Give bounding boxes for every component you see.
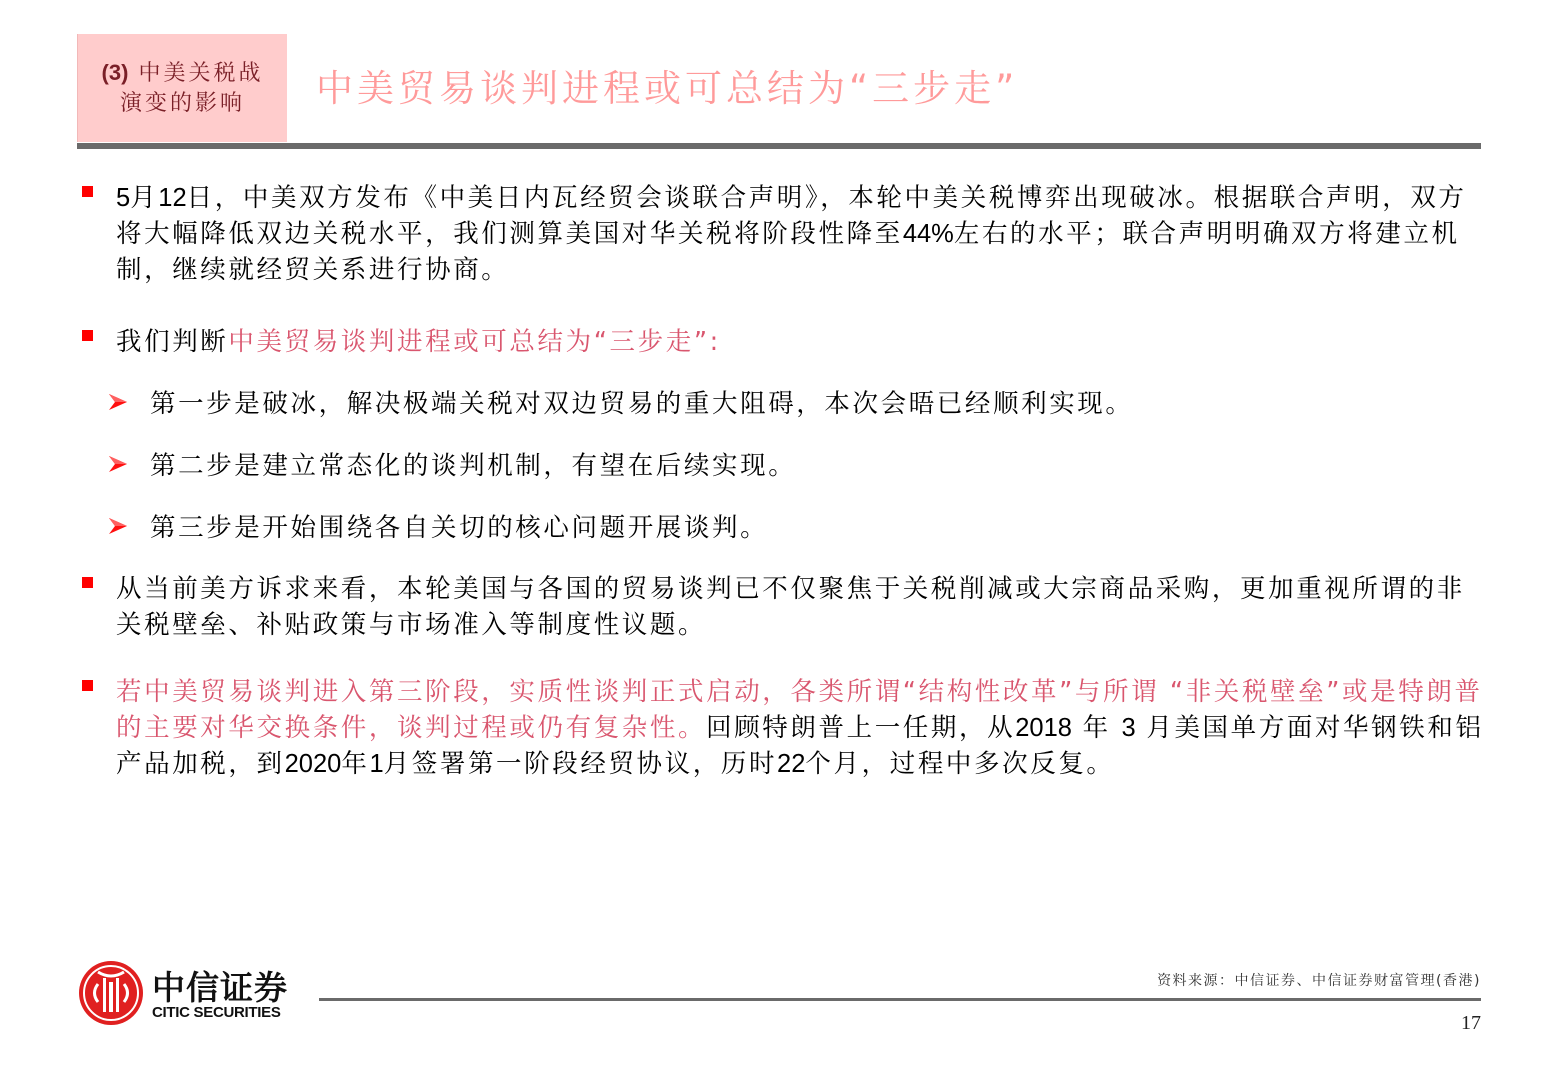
paragraph-text: 1 [369,750,383,778]
section-label-line1: 中美关税战 [138,61,263,86]
paragraph-text: 月签署第一阶段经贸协议，历时 [384,749,777,779]
paragraph-text: 5 [116,184,130,212]
arrow-bullet-icon [108,393,128,411]
square-bullet-icon [82,680,93,691]
step-item-3: 第三步是开始围绕各自关切的核心问题开展谈判。 [150,510,1480,546]
paragraph-text: 2018 [1015,714,1072,742]
paragraph-text: 2020 [285,750,342,778]
logo-english-name: CITIC SECURITIES [152,1004,281,1021]
section-number: (3) [102,60,129,85]
page-title: 中美贸易谈判进程或可总结为“三步走” [316,64,1018,114]
citic-emblem-icon [78,960,144,1026]
paragraph-text: 从当前美方诉求来看，本轮美国与各国的贸易谈判已不仅聚焦于关税削减或大宗商品采购，… [116,574,1465,640]
bullet-paragraph-1: 5月12日，中美双方发布《中美日内瓦经贸会谈联合声明》，本轮中美关税博弈出现破冰… [116,180,1486,288]
bullet-paragraph-4: 若中美贸易谈判进入第三阶段，实质性谈判正式启动，各类所谓“结构性改革”与所谓 “… [116,674,1486,782]
paragraph-text: 个月，过程中多次反复。 [805,749,1114,779]
highlight-text: 中美贸易谈判进程或可总结为“三步走”: [228,327,720,357]
section-label-line2: 演变的影响 [120,89,245,119]
source-note: 资料来源：中信证券、中信证券财富管理(香港) [1157,970,1481,990]
arrow-bullet-icon [108,517,128,535]
paragraph-text: 月 [130,183,158,213]
paragraph-text: 3 [1121,714,1135,742]
logo-chinese-name: 中信证券 [152,962,288,1009]
paragraph-text: 回顾特朗普上一任期，从 [706,713,1015,743]
square-bullet-icon [82,186,93,197]
paragraph-text: 12 [158,184,186,212]
arrow-bullet-icon [108,455,128,473]
header-divider [77,143,1481,149]
square-bullet-icon [82,330,93,341]
bullet-paragraph-2: 我们判断中美贸易谈判进程或可总结为“三步走”: [116,324,1486,360]
paragraph-text: 年 [341,749,369,779]
footer-divider [319,998,1481,1001]
paragraph-text: 44% [903,220,954,248]
citic-logo: 中信证券 CITIC SECURITIES [78,958,318,1028]
step-item-2: 第二步是建立常态化的谈判机制，有望在后续实现。 [150,448,1480,484]
paragraph-text: 22 [777,750,805,778]
bullet-paragraph-3: 从当前美方诉求来看，本轮美国与各国的贸易谈判已不仅聚焦于关税削减或大宗商品采购，… [116,571,1486,643]
paragraph-text: 我们判断 [116,327,228,357]
page-number: 17 [1461,1012,1481,1035]
paragraph-text: 年 [1072,713,1122,743]
square-bullet-icon [82,577,93,588]
section-label: (3) 中美关税战 演变的影响 [77,34,287,142]
step-item-1: 第一步是破冰，解决极端关税对双边贸易的重大阻碍，本次会晤已经顺利实现。 [150,386,1480,422]
